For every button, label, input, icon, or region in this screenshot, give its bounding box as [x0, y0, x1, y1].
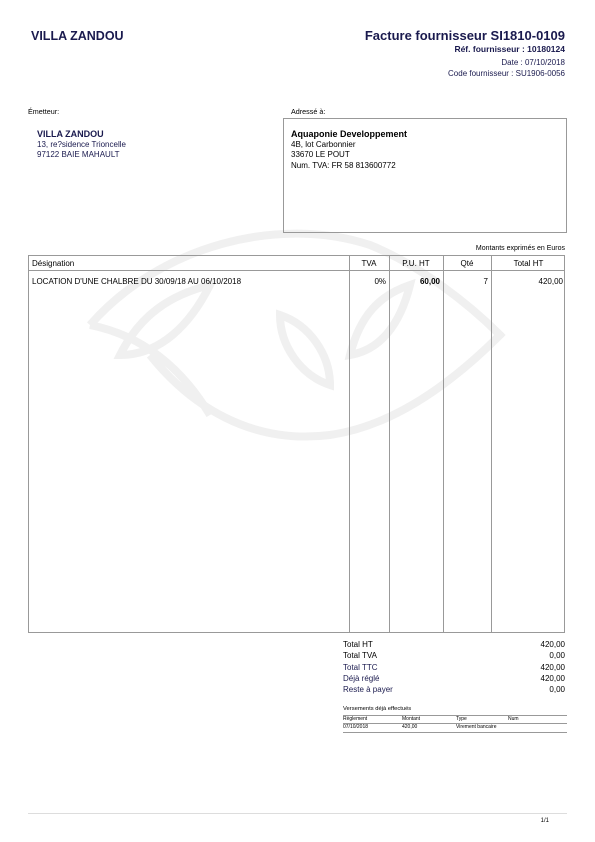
invoice-date: Date : 07/10/2018 — [501, 58, 565, 67]
row-tva: 0% — [349, 277, 386, 286]
recipient-address-line2: 33670 LE POUT — [291, 150, 407, 161]
invoice-title: Facture fournisseur SI1810-0109 — [365, 28, 565, 43]
row-quantity: 7 — [443, 277, 488, 286]
column-divider — [389, 256, 390, 632]
payments-row: 07/10/2018 420,00 Virement bancaire — [343, 723, 567, 731]
payment-amount: 420,00 — [402, 724, 417, 730]
invoice-lines-table: Désignation TVA P.U. HT Qté Total HT LOC… — [28, 255, 565, 633]
total-ttc-value: 420,00 — [541, 662, 565, 673]
total-tva-label: Total TVA — [343, 650, 377, 661]
column-header-total-ht: Total HT — [491, 259, 566, 268]
payments-bottom-line — [343, 732, 567, 733]
total-ht-value: 420,00 — [541, 639, 565, 650]
column-divider — [349, 256, 350, 632]
total-ht-row: Total HT 420,00 — [343, 639, 565, 650]
column-divider — [443, 256, 444, 632]
column-header-unit-price: P.U. HT — [389, 259, 443, 268]
supplier-code: Code fournisseur : SU1906-0056 — [448, 69, 565, 78]
recipient-label: Adressé à: — [291, 107, 325, 116]
already-paid-row: Déjà réglé 420,00 — [343, 673, 565, 684]
supplier-ref: Réf. fournisseur : 10180124 — [454, 44, 565, 54]
total-tva-row: Total TVA 0,00 — [343, 650, 565, 661]
already-paid-label: Déjà réglé — [343, 673, 379, 684]
column-divider — [491, 256, 492, 632]
column-header-designation: Désignation — [32, 259, 74, 268]
page-number: 1/1 — [541, 818, 549, 824]
company-name: VILLA ZANDOU — [31, 29, 124, 43]
remaining-label: Reste à payer — [343, 684, 393, 695]
payment-type: Virement bancaire — [456, 724, 497, 730]
total-ttc-label: Total TTC — [343, 662, 378, 673]
currency-note: Montants exprimés en Euros — [476, 245, 565, 252]
recipient-address: Aquaponie Developpement 4B, lot Carbonni… — [291, 129, 407, 171]
sender-label: Émetteur: — [28, 107, 59, 116]
payments-header-amount: Montant — [402, 716, 420, 722]
remaining-row: Reste à payer 0,00 — [343, 684, 565, 695]
column-header-tva: TVA — [349, 259, 389, 268]
table-header-divider — [29, 270, 564, 271]
recipient-address-line1: 4B, lot Carbonnier — [291, 140, 407, 151]
row-unit-price: 60,00 — [389, 277, 440, 286]
row-designation: LOCATION D'UNE CHALBRE DU 30/09/18 AU 06… — [32, 277, 241, 286]
payments-header-date: Règlement — [343, 716, 367, 722]
totals-block: Total HT 420,00 Total TVA 0,00 Total TTC… — [343, 639, 565, 695]
sender-address-line2: 97122 BAIE MAHAULT — [37, 150, 126, 161]
total-ttc-row: Total TTC 420,00 — [343, 662, 565, 673]
sender-address-line1: 13, re?sidence Trioncelle — [37, 140, 126, 151]
recipient-vat-number: Num. TVA: FR 58 813600772 — [291, 161, 407, 172]
sender-name: VILLA ZANDOU — [37, 129, 126, 140]
recipient-name: Aquaponie Developpement — [291, 129, 407, 140]
payment-date: 07/10/2018 — [343, 724, 368, 730]
column-header-quantity: Qté — [443, 259, 491, 268]
total-ht-label: Total HT — [343, 639, 373, 650]
payments-header-type: Type — [456, 716, 467, 722]
payments-title: Versements déjà effectués — [343, 706, 411, 712]
remaining-value: 0,00 — [549, 684, 565, 695]
payments-header-row: Règlement Montant Type Num — [343, 715, 567, 723]
row-total-ht: 420,00 — [491, 277, 563, 286]
sender-address: VILLA ZANDOU 13, re?sidence Trioncelle 9… — [37, 129, 126, 161]
already-paid-value: 420,00 — [541, 673, 565, 684]
footer-divider — [28, 813, 567, 814]
payments-header-num: Num — [508, 716, 519, 722]
payments-table: Règlement Montant Type Num 07/10/2018 42… — [343, 715, 567, 731]
total-tva-value: 0,00 — [549, 650, 565, 661]
